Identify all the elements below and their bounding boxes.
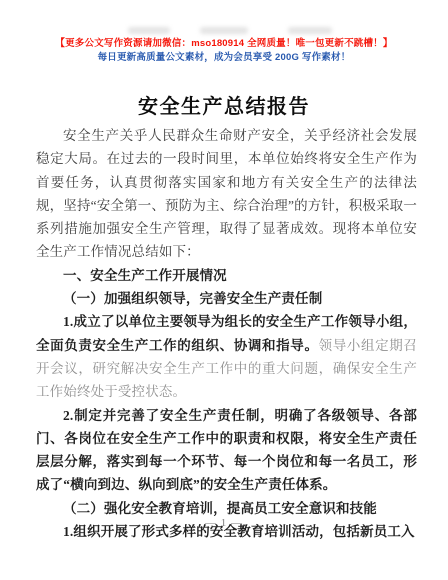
page-number: — 1 — [0,517,448,529]
document-body: 安全生产关乎人民群众生命财产安全，关乎经济社会发展稳定大局。在过去的一段时间里，… [36,124,417,543]
paragraph: 2.制定并完善了安全生产责任制，明确了各级领导、各部门、各岗位在安全生产工作中的… [36,404,417,497]
text-run: （二）强化安全教育培训，提高员工安全意识和技能 [63,501,377,516]
paragraph: 1.成立了以单位主要领导为组长的安全生产工作领导小组，全面负责安全生产工作的组织… [36,310,417,403]
paragraph: 安全生产关乎人民群众生命财产安全，关乎经济社会发展稳定大局。在过去的一段时间里，… [36,124,417,264]
promo-line-red: 【更多公文写作资源请加微信：mso180914 全网质量！唯一包更新不跳槽！】 [0,37,448,51]
document-title: 安全生产总结报告 [0,90,448,119]
watermark-smudge [128,27,170,34]
promo-line-blue: 每日更新高质量公文素材，成为会员享受 200G 写作素材！ [0,51,448,65]
promo-banner: 【更多公文写作资源请加微信：mso180914 全网质量！唯一包更新不跳槽！】 … [0,37,448,64]
watermark-smudge [200,27,248,34]
text-run: 2.制定并完善了安全生产责任制，明确了各级领导、各部门、各岗位在安全生产工作中的… [36,408,417,493]
heading: 一、安全生产工作开展情况 [36,264,417,287]
heading: （一）加强组织领导，完善安全生产责任制 [36,287,417,310]
text-run: （一）加强组织领导，完善安全生产责任制 [63,291,322,306]
watermark-smudge [288,27,332,34]
text-run: 一、安全生产工作开展情况 [63,268,227,283]
document-page: 【更多公文写作资源请加微信：mso180914 全网质量！唯一包更新不跳槽！】 … [0,0,448,580]
text-run: 安全生产关乎人民群众生命财产安全，关乎经济社会发展稳定大局。在过去的一段时间里，… [36,128,417,259]
